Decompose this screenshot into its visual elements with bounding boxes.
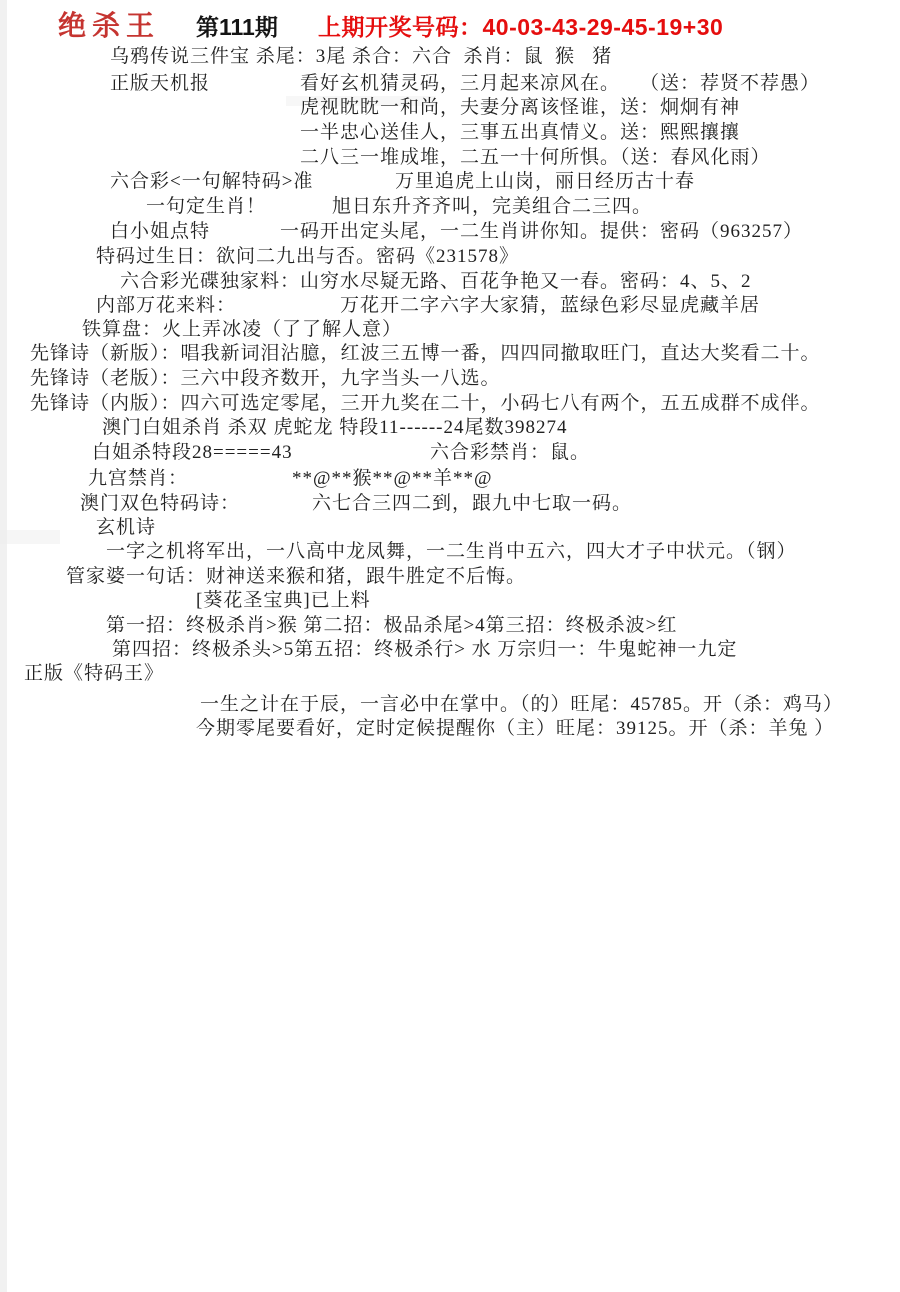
- wanhua-verse: 万花开二字六字大家猜，蓝绿色彩尽显虎藏羊居: [340, 294, 760, 317]
- tianjibao-gift1: （送：荐贤不荐愚）: [640, 72, 820, 95]
- line-kuihua: [葵花圣宝典]已上料: [196, 589, 371, 612]
- shuangse-label: 澳门双色特码诗：: [80, 492, 240, 515]
- tianjibao-verse1: 看好玄机猜灵码，三月起来凉风在。: [300, 72, 620, 95]
- line-xianfeng-old: 先锋诗（老版）：三六中段齐数开，九字当头一八选。: [30, 367, 501, 390]
- wanhua-label: 内部万花来料：: [96, 294, 236, 317]
- scan-smudge: [0, 530, 60, 544]
- xuanji-verse: 一字之机将军出，一八高中龙凤舞，一二生肖中五六，四大才子中状元。（钢）: [106, 540, 797, 563]
- temawang-verse2: 今期零尾要看好，定时定候提醒你（主）旺尾：39125。开（杀：羊兔 ）: [196, 717, 834, 740]
- line-tiesuanpan: 铁算盘：火上弄冰凌（了了解人意）: [82, 318, 402, 341]
- tianjibao-verse4: 二八三一堆成堆，二五一十何所惧。（送：春风化雨）: [300, 146, 771, 169]
- line-zhao-123: 第一招：终极杀肖>猴 第二招：极品杀尾>4第三招：终极杀波>红: [106, 614, 677, 637]
- xuanji-title: 玄机诗: [96, 516, 156, 539]
- jiugong-label: 九宫禁肖：: [88, 467, 188, 490]
- ding-shengxiao-verse: 旭日东升齐齐叫，完美组合二三四。: [332, 195, 652, 218]
- line-zhao-45: 第四招：终极杀头>5第五招：终极杀行> 水 万宗归一：牛鬼蛇神一九定: [112, 638, 737, 661]
- temawang-title: 正版《特码王》: [24, 662, 164, 685]
- line-baijie-teduan: 白姐杀特段28=====43: [92, 441, 293, 464]
- baixiaojie-verse: 一码开出定头尾，一二生肖讲你知。提供：密码（963257）: [280, 220, 803, 243]
- line-xianfeng-inner: 先锋诗（内版）：四六可选定零尾，三开九奖在二十，小码七八有两个，五五成群不成伴。: [30, 392, 821, 415]
- line-jinxiao: 六合彩禁肖：鼠。: [430, 441, 590, 464]
- tianjibao-verse2: 虎视眈眈一和尚，夫妻分离该怪谁，送：炯炯有神: [300, 96, 740, 119]
- last-draw-numbers: 上期开奖号码：40-03-43-29-45-19+30: [318, 9, 723, 42]
- page-title-brand: 绝杀王: [58, 4, 160, 44]
- tianjibao-verse3: 一半忠心送佳人，三事五出真情义。送：熙熙攘攘: [300, 121, 740, 144]
- jie-tema-verse: 万里追虎上山岗，丽日经历古十春: [395, 170, 695, 193]
- line-guanjiapo: 管家婆一句话：财神送来猴和猪，跟牛胜定不后悔。: [66, 565, 526, 588]
- scan-smudge: [0, 0, 7, 1292]
- jiugong-value: **@**猴**@**羊**@: [292, 467, 493, 490]
- baixiaojie-label: 白小姐点特: [110, 220, 210, 243]
- tianjibao-label: 正版天机报: [110, 72, 210, 95]
- line-baijie-shaxiao: 澳门白姐杀肖 杀双 虎蛇龙 特段11------24尾数398274: [102, 416, 568, 439]
- line-xianfeng-new: 先锋诗（新版）：唱我新词泪沾臆，红波三五博一番，四四同撤取旺门，直达大奖看二十。: [30, 342, 821, 365]
- lottery-tip-sheet: 绝杀王 第111期 上期开奖号码：40-03-43-29-45-19+30 乌鸦…: [0, 0, 900, 1292]
- issue-number: 第111期: [196, 9, 278, 42]
- line-crow-treasures: 乌鸦传说三件宝 杀尾：3尾 杀合：六合 杀肖：鼠 猴 猪: [110, 45, 612, 68]
- line-guo-shengri: 特码过生日：欲问二九出与否。密码《231578》: [96, 245, 519, 268]
- shuangse-verse: 六七合三四二到，跟九中七取一码。: [312, 492, 632, 515]
- ding-shengxiao-label: 一句定生肖！: [146, 195, 266, 218]
- jie-tema-label: 六合彩<一句解特码>准: [110, 170, 313, 193]
- temawang-verse1: 一生之计在于辰，一言必中在掌中。（的）旺尾：45785。开（杀：鸡马）: [200, 693, 843, 716]
- line-guangdie: 六合彩光碟独家料：山穷水尽疑无路、百花争艳又一春。密码：4、5、2: [120, 270, 752, 293]
